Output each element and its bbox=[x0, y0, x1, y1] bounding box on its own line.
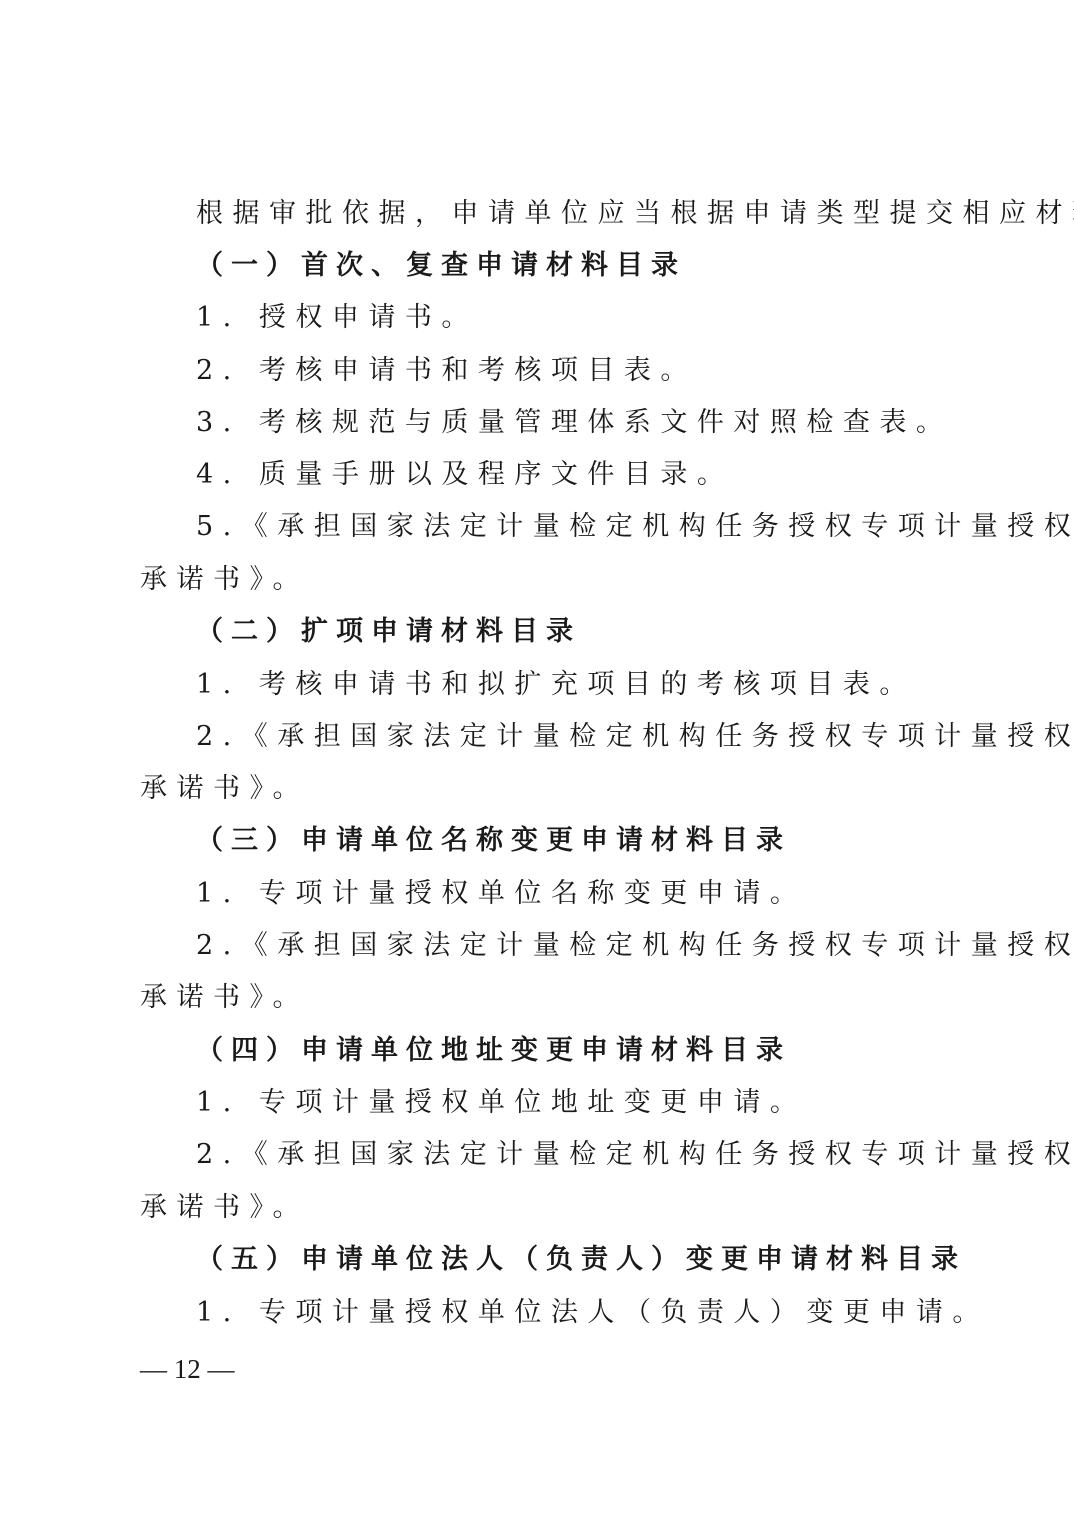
list-item: 2. 考核申请书和考核项目表。 bbox=[196, 354, 996, 388]
page-number: — 12 — bbox=[140, 1352, 235, 1386]
list-item-continuation: 承诺书》。 bbox=[140, 563, 940, 597]
list-item: 1. 授权申请书。 bbox=[196, 301, 996, 335]
list-item: 5.《承担国家法定计量检定机构任务授权专项计量授权告知 bbox=[196, 510, 996, 544]
section-heading-2: （二）扩项申请材料目录 bbox=[196, 615, 996, 649]
list-item: 3. 考核规范与质量管理体系文件对照检查表。 bbox=[196, 406, 996, 440]
section-heading-3: （三）申请单位名称变更申请材料目录 bbox=[196, 824, 996, 858]
section-heading-4: （四）申请单位地址变更申请材料目录 bbox=[196, 1034, 996, 1068]
list-item: 1. 专项计量授权单位法人（负责人）变更申请。 bbox=[196, 1296, 996, 1330]
intro-paragraph: 根据审批依据，申请单位应当根据申请类型提交相应材料： bbox=[196, 197, 996, 231]
section-heading-1: （一）首次、复查申请材料目录 bbox=[196, 249, 996, 283]
list-item-continuation: 承诺书》。 bbox=[140, 1191, 940, 1225]
list-item-continuation: 承诺书》。 bbox=[140, 772, 940, 806]
list-item: 2.《承担国家法定计量检定机构任务授权专项计量授权告知 bbox=[196, 720, 996, 754]
list-item: 1. 考核申请书和拟扩充项目的考核项目表。 bbox=[196, 668, 996, 702]
document-page: 根据审批依据，申请单位应当根据申请类型提交相应材料： （一）首次、复查申请材料目… bbox=[0, 0, 1074, 1520]
list-item: 1. 专项计量授权单位地址变更申请。 bbox=[196, 1086, 996, 1120]
section-heading-5: （五）申请单位法人（负责人）变更申请材料目录 bbox=[196, 1243, 996, 1277]
list-item: 2.《承担国家法定计量检定机构任务授权专项计量授权告知 bbox=[196, 1138, 996, 1172]
list-item: 2.《承担国家法定计量检定机构任务授权专项计量授权告知 bbox=[196, 929, 996, 963]
list-item: 4. 质量手册以及程序文件目录。 bbox=[196, 458, 996, 492]
list-item-continuation: 承诺书》。 bbox=[140, 981, 940, 1015]
list-item: 1. 专项计量授权单位名称变更申请。 bbox=[196, 877, 996, 911]
